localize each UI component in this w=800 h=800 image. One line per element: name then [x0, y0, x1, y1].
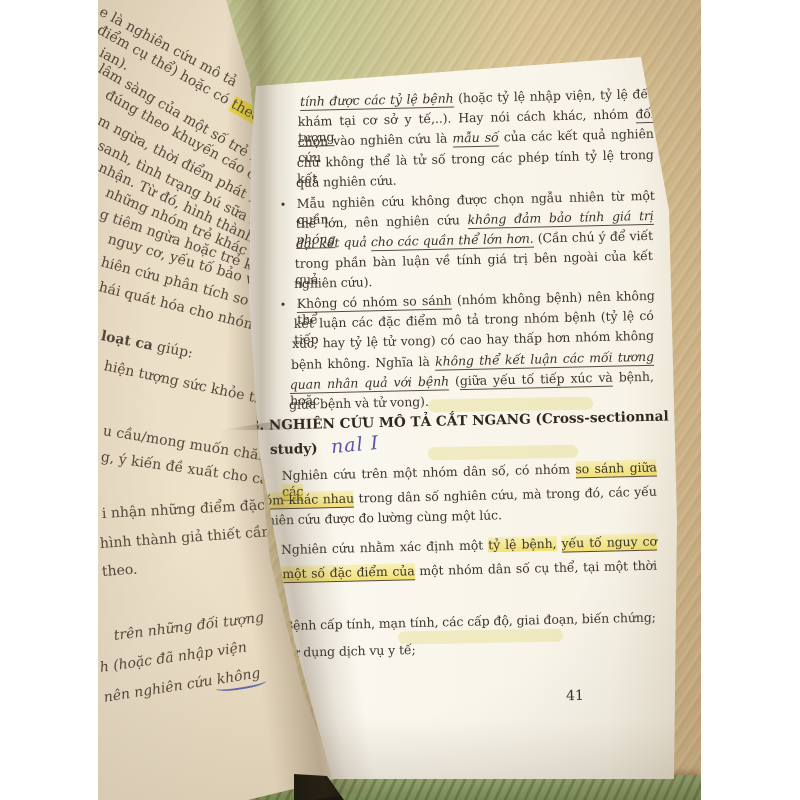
text-segment: thể lớn, nên nghiên cứu	[296, 212, 468, 231]
handwritten-annotation: nal I	[330, 432, 380, 458]
text-segment: một nhóm dân số cụ thể, tại một thời	[414, 558, 657, 578]
text-segment: cho các quần thể lớn hơn.	[371, 231, 534, 251]
page-number: 41	[566, 688, 584, 704]
text-line: loạt ca giúp:	[99, 328, 194, 362]
text-segment: giúp:	[151, 338, 194, 361]
text-segment: quả nghiên cứu.	[296, 173, 397, 190]
text-segment: giữa bệnh và tử vong).	[289, 394, 429, 412]
text-segment: yếu tố nguy cơ	[561, 533, 657, 552]
text-segment: loạt ca	[100, 328, 155, 354]
text-segment: mẫu số	[452, 129, 499, 147]
text-segment: nên nghiên cứu	[103, 672, 218, 706]
text-segment: bệnh không. Nghĩa là	[291, 354, 435, 372]
screenshot-canvas: e là nghiên cứu mô tảđiểm cụ thể) hoặc c…	[0, 0, 800, 800]
text-segment: không thể kết luận các mối tương	[435, 349, 654, 370]
text-segment: (hoặc tỷ lệ nhập viện, tỷ lệ đến	[453, 86, 656, 106]
text-line: quả nghiên cứu.	[296, 173, 397, 191]
text-segment: (Cần chú ý để viết	[533, 228, 653, 246]
highlighter-smudge	[398, 629, 563, 645]
text-line: nghiên cứu).	[294, 274, 373, 292]
book-gutter-shadow	[226, 0, 300, 430]
text-segment: khám tại cơ sở y tế,..). Hay nói cách kh…	[298, 106, 636, 129]
text-segment: đại kết quả	[296, 234, 371, 251]
text-segment: trên những đối tượng	[113, 610, 265, 644]
text-line: theo.	[101, 562, 138, 581]
text-segment: nghiên cứu).	[294, 274, 373, 291]
highlighter-smudge	[428, 445, 578, 461]
text-segment: tỷ lệ bệnh,	[488, 536, 557, 553]
text-segment: không	[216, 665, 262, 689]
text-segment: giữa yếu tố tiếp xúc và	[460, 370, 613, 390]
text-segment: Không có nhóm so sánh	[297, 292, 452, 312]
book-photo: e là nghiên cứu mô tảđiểm cụ thể) hoặc c…	[98, 0, 701, 800]
text-segment: theo.	[101, 562, 138, 580]
text-segment: chọn vào nghiên cứu là	[298, 130, 453, 149]
text-line: giữa bệnh và tử vong).	[289, 394, 429, 413]
text-segment: tính được các tỷ lệ bệnh	[300, 91, 454, 111]
text-segment: quan nhân quả với bệnh	[290, 373, 450, 393]
text-segment: (	[449, 373, 460, 388]
